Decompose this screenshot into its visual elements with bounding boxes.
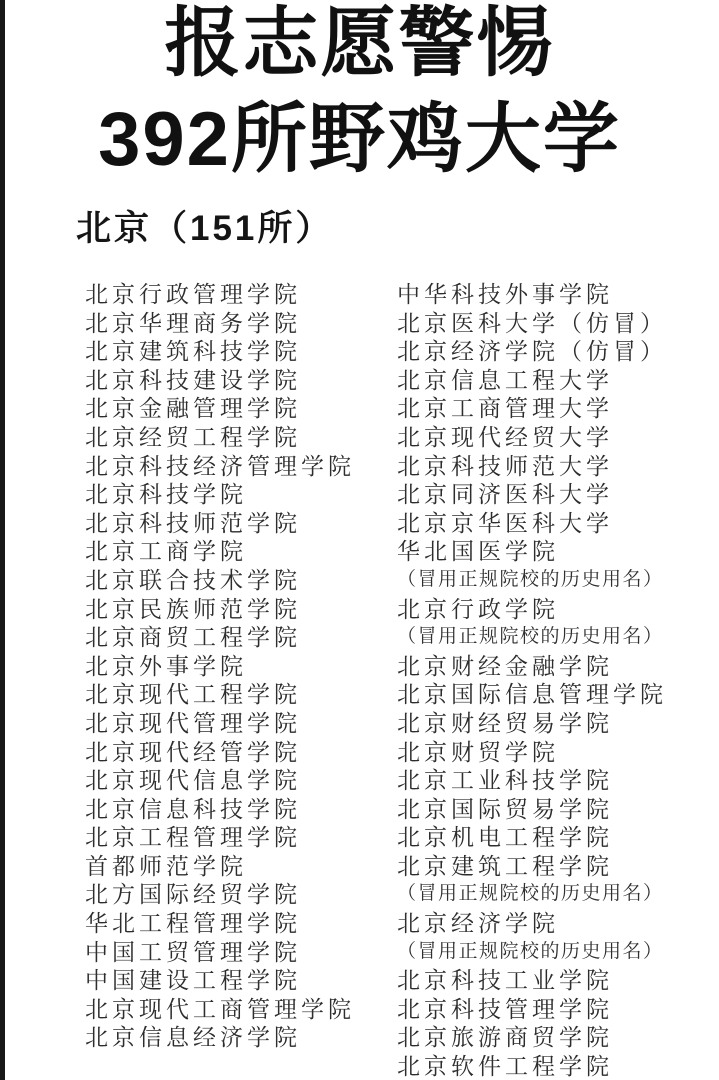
university-item: 北京软件工程学院 xyxy=(397,1052,719,1080)
university-item: 北京财经金融学院 xyxy=(397,652,719,681)
university-item: 北京工商学院 xyxy=(85,537,397,566)
university-item: 北京现代工商管理学院 xyxy=(85,995,397,1024)
university-item: 北京工程管理学院 xyxy=(85,823,397,852)
university-item: 北京现代经贸大学 xyxy=(397,423,719,452)
university-item: 北京信息工程大学 xyxy=(397,366,719,395)
university-item: 华北工程管理学院 xyxy=(85,909,397,938)
university-item: 北京联合技术学院 xyxy=(85,566,397,595)
university-item: 华北国医学院 xyxy=(397,537,719,566)
page-title-line1: 报志愿警惕 xyxy=(165,1,555,86)
university-item: 北京财经贸易学院 xyxy=(397,709,719,738)
university-item: 北京科技工业学院 xyxy=(397,966,719,995)
page-title-line2: 392所野鸡大学 xyxy=(98,97,621,182)
poster-page: 报志愿警惕 392所野鸡大学 北京（151所） 北京行政管理学院北京华理商务学院… xyxy=(0,0,719,1080)
university-item: 北京经贸工程学院 xyxy=(85,423,397,452)
page-title: 报志愿警惕 392所野鸡大学 xyxy=(0,0,719,188)
university-item: 北京现代信息学院 xyxy=(85,766,397,795)
university-item: 北京商贸工程学院 xyxy=(85,623,397,652)
university-item: 北京机电工程学院 xyxy=(397,823,719,852)
university-item: 北京建筑工程学院 xyxy=(397,852,719,881)
university-item-note: （冒用正规院校的历史用名） xyxy=(397,880,719,909)
university-item: 北京现代经管学院 xyxy=(85,738,397,767)
university-item: 北京现代工程学院 xyxy=(85,680,397,709)
university-item: 北京财贸学院 xyxy=(397,738,719,767)
university-item: 北京行政学院 xyxy=(397,595,719,624)
university-item: 北京经济学院 xyxy=(397,909,719,938)
university-item: 北京华理商务学院 xyxy=(85,309,397,338)
university-item: 北京科技师范大学 xyxy=(397,452,719,481)
university-item: 北京京华医科大学 xyxy=(397,509,719,538)
university-item-note: （冒用正规院校的历史用名） xyxy=(397,566,719,595)
university-item: 北京外事学院 xyxy=(85,652,397,681)
university-item: 北京行政管理学院 xyxy=(85,280,397,309)
university-item: 北京信息经济学院 xyxy=(85,1023,397,1052)
university-item: 北京科技建设学院 xyxy=(85,366,397,395)
university-item: 首都师范学院 xyxy=(85,852,397,881)
university-item: 北京金融管理学院 xyxy=(85,394,397,423)
university-item: 北方国际经贸学院 xyxy=(85,880,397,909)
university-item: 北京工商管理大学 xyxy=(397,394,719,423)
university-item: 北京科技经济管理学院 xyxy=(85,452,397,481)
university-list-left: 北京行政管理学院北京华理商务学院北京建筑科技学院北京科技建设学院北京金融管理学院… xyxy=(85,280,397,1052)
university-item: 北京国际信息管理学院 xyxy=(397,680,719,709)
university-item: 中国建设工程学院 xyxy=(85,966,397,995)
university-item: 北京经济学院（仿冒） xyxy=(397,337,719,366)
university-item: 北京同济医科大学 xyxy=(397,480,719,509)
university-item: 中华科技外事学院 xyxy=(397,280,719,309)
university-list-right: 中华科技外事学院北京医科大学（仿冒）北京经济学院（仿冒）北京信息工程大学北京工商… xyxy=(397,280,719,1080)
university-item: 北京科技学院 xyxy=(85,480,397,509)
university-item: 北京工业科技学院 xyxy=(397,766,719,795)
university-item: 北京医科大学（仿冒） xyxy=(397,309,719,338)
university-item: 北京建筑科技学院 xyxy=(85,337,397,366)
university-item: 北京国际贸易学院 xyxy=(397,795,719,824)
university-item: 北京现代管理学院 xyxy=(85,709,397,738)
university-item: 北京科技师范学院 xyxy=(85,509,397,538)
university-lists: 北京行政管理学院北京华理商务学院北京建筑科技学院北京科技建设学院北京金融管理学院… xyxy=(0,280,719,1080)
university-item-note: （冒用正规院校的历史用名） xyxy=(397,938,719,967)
university-item: 北京科技管理学院 xyxy=(397,995,719,1024)
university-item: 北京旅游商贸学院 xyxy=(397,1023,719,1052)
university-item: 北京信息科技学院 xyxy=(85,795,397,824)
university-item: 中国工贸管理学院 xyxy=(85,938,397,967)
section-heading: 北京（151所） xyxy=(76,207,333,251)
university-item-note: （冒用正规院校的历史用名） xyxy=(397,623,719,652)
university-item: 北京民族师范学院 xyxy=(85,595,397,624)
